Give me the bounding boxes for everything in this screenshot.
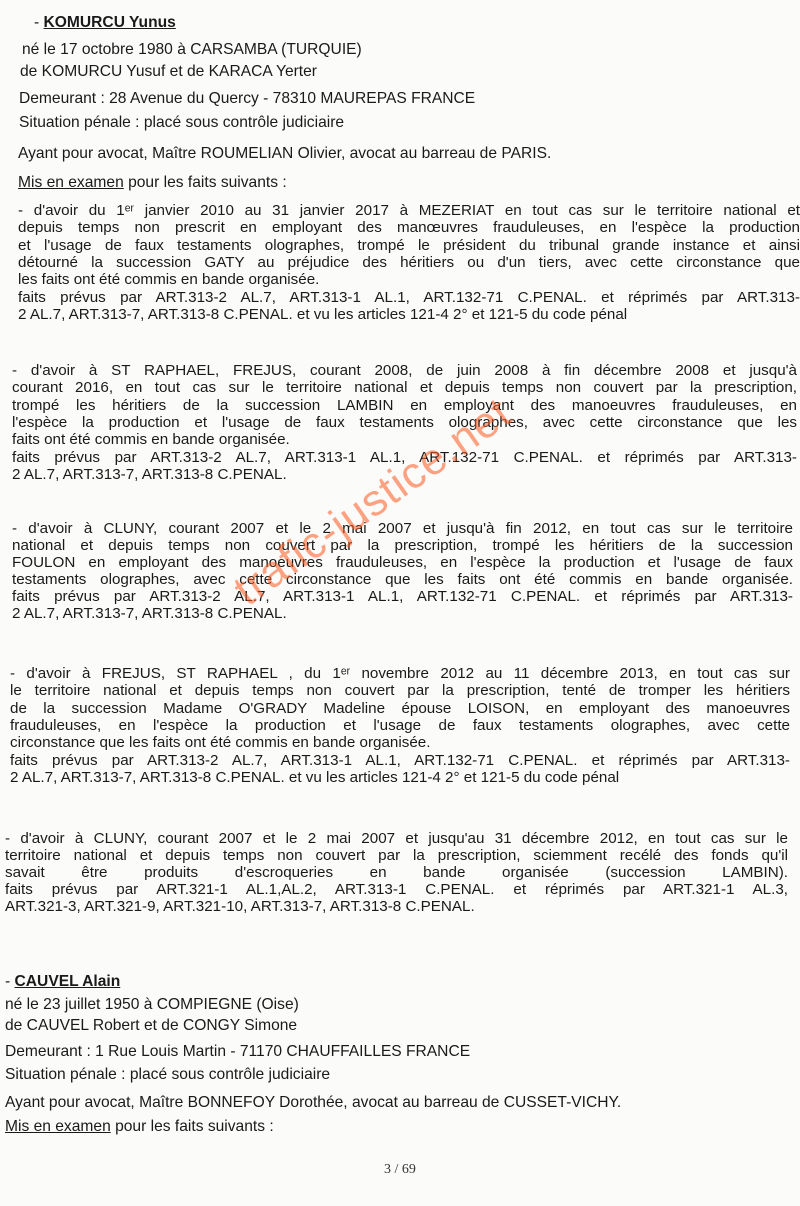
dash: - xyxy=(5,973,15,990)
charge-line: faits prévus par ART.313-2 AL.7, ART.313… xyxy=(12,449,797,467)
exam-rest: pour les faits suivants : xyxy=(111,1118,274,1135)
charge-line: et l'usage de faux testaments olographes… xyxy=(18,237,800,255)
charge-line: depuis temps non prescrit en employant d… xyxy=(18,219,800,237)
person1-heading: - KOMURCU Yunus xyxy=(34,14,176,32)
charge-line: 2 AL.7, ART.313-7, ART.313-8 C.PENAL. et… xyxy=(18,306,627,324)
charge-line: circonstance que les faits ont été commi… xyxy=(10,734,430,752)
charge-line: détourné la succession GATY au préjudice… xyxy=(18,254,800,272)
exam-label: Mis en examen xyxy=(5,1118,111,1135)
exam-rest: pour les faits suivants : xyxy=(124,174,287,191)
charge-line: 2 AL.7, ART.313-7, ART.313-8 C.PENAL. xyxy=(12,605,287,623)
charge-line: 2 AL.7, ART.313-7, ART.313-8 C.PENAL. xyxy=(12,466,287,484)
document-page: - KOMURCU Yunus né le 17 octobre 1980 à … xyxy=(0,0,800,1206)
person1-parents: de KOMURCU Yusuf et de KARACA Yerter xyxy=(20,63,317,81)
person2-lawyer: Ayant pour avocat, Maître BONNEFOY Dorot… xyxy=(5,1094,621,1112)
charge-line: savait être produits d'escroqueries en b… xyxy=(5,864,788,882)
person1-name: KOMURCU Yunus xyxy=(44,14,176,31)
person2-name: CAUVEL Alain xyxy=(15,973,121,990)
charge-line: ART.321-3, ART.321-9, ART.321-10, ART.31… xyxy=(5,898,475,916)
charge-line: - d'avoir à CLUNY, courant 2007 et le 2 … xyxy=(5,830,788,848)
charge-line: frauduleuses, en l'espèce la production … xyxy=(10,717,790,735)
charge-line: faits prévus par ART.313-2 AL.7, ART.313… xyxy=(10,752,790,770)
person2-heading: - CAUVEL Alain xyxy=(5,973,120,991)
charge-line: national et depuis temps non couvert par… xyxy=(12,537,793,555)
person2-address: Demeurant : 1 Rue Louis Martin - 71170 C… xyxy=(5,1043,470,1061)
charge-line: l'espèce la production et l'usage de fau… xyxy=(12,414,797,432)
charge-line: testaments olographes, avec cette circon… xyxy=(12,571,793,589)
charge-line: FOULON en employant des manoeuvres fraud… xyxy=(12,554,793,572)
person1-address: Demeurant : 28 Avenue du Quercy - 78310 … xyxy=(19,90,475,108)
charge-line: territoire national et depuis temps non … xyxy=(5,847,788,865)
dash: - xyxy=(34,14,44,31)
person1-birth: né le 17 octobre 1980 à CARSAMBA (TURQUI… xyxy=(22,41,362,59)
charge-line: - d'avoir du 1ᵉʳ janvier 2010 au 31 janv… xyxy=(18,202,800,220)
person1-situation: Situation pénale : placé sous contrôle j… xyxy=(19,114,344,132)
charge-line: les faits ont été commis en bande organi… xyxy=(18,271,319,289)
charge-line: le territoire national et depuis temps n… xyxy=(10,682,790,700)
person1-lawyer: Ayant pour avocat, Maître ROUMELIAN Oliv… xyxy=(18,145,551,163)
person2-parents: de CAUVEL Robert et de CONGY Simone xyxy=(5,1017,297,1035)
person2-birth: né le 23 juillet 1950 à COMPIEGNE (Oise) xyxy=(5,996,299,1014)
charge-line: - d'avoir à FREJUS, ST RAPHAEL , du 1ᵉʳ … xyxy=(10,665,790,683)
person2-situation: Situation pénale : placé sous contrôle j… xyxy=(5,1066,330,1084)
charge-line: de la succession Madame O'GRADY Madeline… xyxy=(10,700,790,718)
charge-line: faits prévus par ART.313-2 AL.7, ART.313… xyxy=(12,588,793,606)
charge-line: courant 2016, en tout cas sur le territo… xyxy=(12,379,797,397)
exam-label: Mis en examen xyxy=(18,174,124,191)
charge-line: faits ont été commis en bande organisée. xyxy=(12,431,290,449)
charge-line: 2 AL.7, ART.313-7, ART.313-8 C.PENAL. et… xyxy=(10,769,619,787)
charge-line: - d'avoir à ST RAPHAEL, FREJUS, courant … xyxy=(12,362,797,380)
charge-line: - d'avoir à CLUNY, courant 2007 et le 2 … xyxy=(12,520,793,538)
charge-line: faits prévus par ART.321-1 AL.1,AL.2, AR… xyxy=(5,881,788,899)
person2-exam: Mis en examen pour les faits suivants : xyxy=(5,1118,274,1136)
page-number: 3 / 69 xyxy=(0,1162,800,1178)
charge-line: trompé les héritiers de la succession LA… xyxy=(12,397,797,415)
person1-exam: Mis en examen pour les faits suivants : xyxy=(18,174,287,192)
charge-line: faits prévus par ART.313-2 AL.7, ART.313… xyxy=(18,289,800,307)
